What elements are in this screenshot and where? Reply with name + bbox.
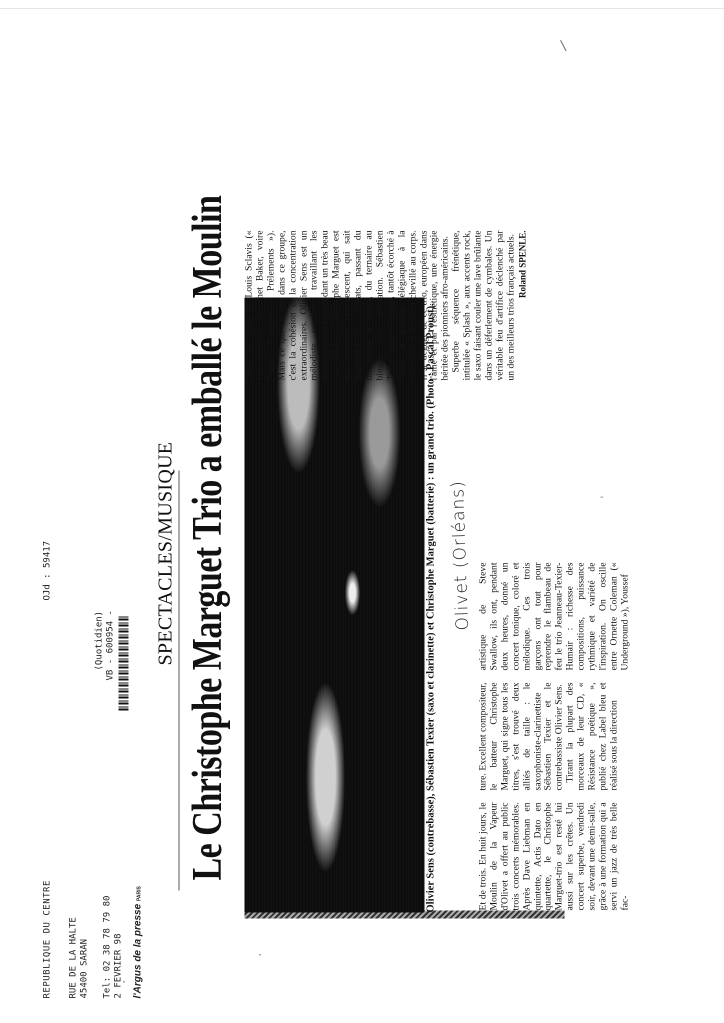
concert-photo <box>245 298 425 913</box>
column-text: Superbe séquence frénétique, intitulée «… <box>452 231 517 381</box>
newspaper-clipping: REPUBLIQUE DU CENTRE OJd : 59417 RUE DE … <box>33 221 568 1011</box>
scan-edge-line <box>0 8 724 9</box>
article-column-3: artistique de Steve Swallow, ils ont, pe… <box>479 563 632 671</box>
column-text: ture. Excellent compositeur, le batteur … <box>479 683 566 791</box>
author-signature: Roland SPENLE. <box>517 231 528 381</box>
argus-stamp: l'Argus de la presse PARIS <box>133 886 144 998</box>
reference-code: VB - 600954 - <box>106 610 116 680</box>
article-column-2: ture. Excellent compositeur, le batteur … <box>479 683 621 791</box>
frequency-label: (Quotidien) <box>95 611 105 671</box>
column-text: Lateef (« Oona »), Louis Sclavis (« Les … <box>245 231 452 381</box>
address-line-1: RUE DE LA HALTE <box>69 917 79 998</box>
article-headline: Le Christophe Marguet Trio a emballé le … <box>185 196 233 881</box>
photo-caption: Olivier Sens (contrebasse), Sébastien Te… <box>426 293 438 913</box>
argus-label: l'Argus de la presse <box>133 904 144 999</box>
barcode-icon <box>119 616 129 711</box>
publication-date: 2 FEVRIER 98 <box>114 933 124 998</box>
publication-name: REPUBLIQUE DU CENTRE <box>43 880 53 998</box>
ojd-number: OJd : 59417 <box>43 541 53 601</box>
article-column-1: Et de trois. En huit jours, le Moulin de… <box>479 803 632 911</box>
column-text: Et de trois. En huit jours, le Moulin de… <box>479 803 632 911</box>
stray-dash: - <box>600 492 604 503</box>
column-text: artistique de Steve Swallow, ils ont, pe… <box>479 563 632 671</box>
stray-mark: \ <box>560 38 567 55</box>
photo-halftone <box>245 298 425 913</box>
address-line-2: 45400 SARAN <box>80 939 90 999</box>
article-column-4: Lateef (« Oona »), Louis Sclavis (« Les … <box>245 231 565 381</box>
argus-city: PARIS <box>137 886 143 901</box>
clipping-header: REPUBLIQUE DU CENTRE OJd : 59417 RUE DE … <box>33 221 143 1011</box>
rubric-divider <box>179 471 180 891</box>
column-text: Tirant la plupart des morceaux de leur C… <box>566 683 621 791</box>
section-rubric: SPECTACLES/MUSIQUE <box>155 442 178 666</box>
phone-number: Tel: 02 38 78 79 80 <box>103 896 113 999</box>
